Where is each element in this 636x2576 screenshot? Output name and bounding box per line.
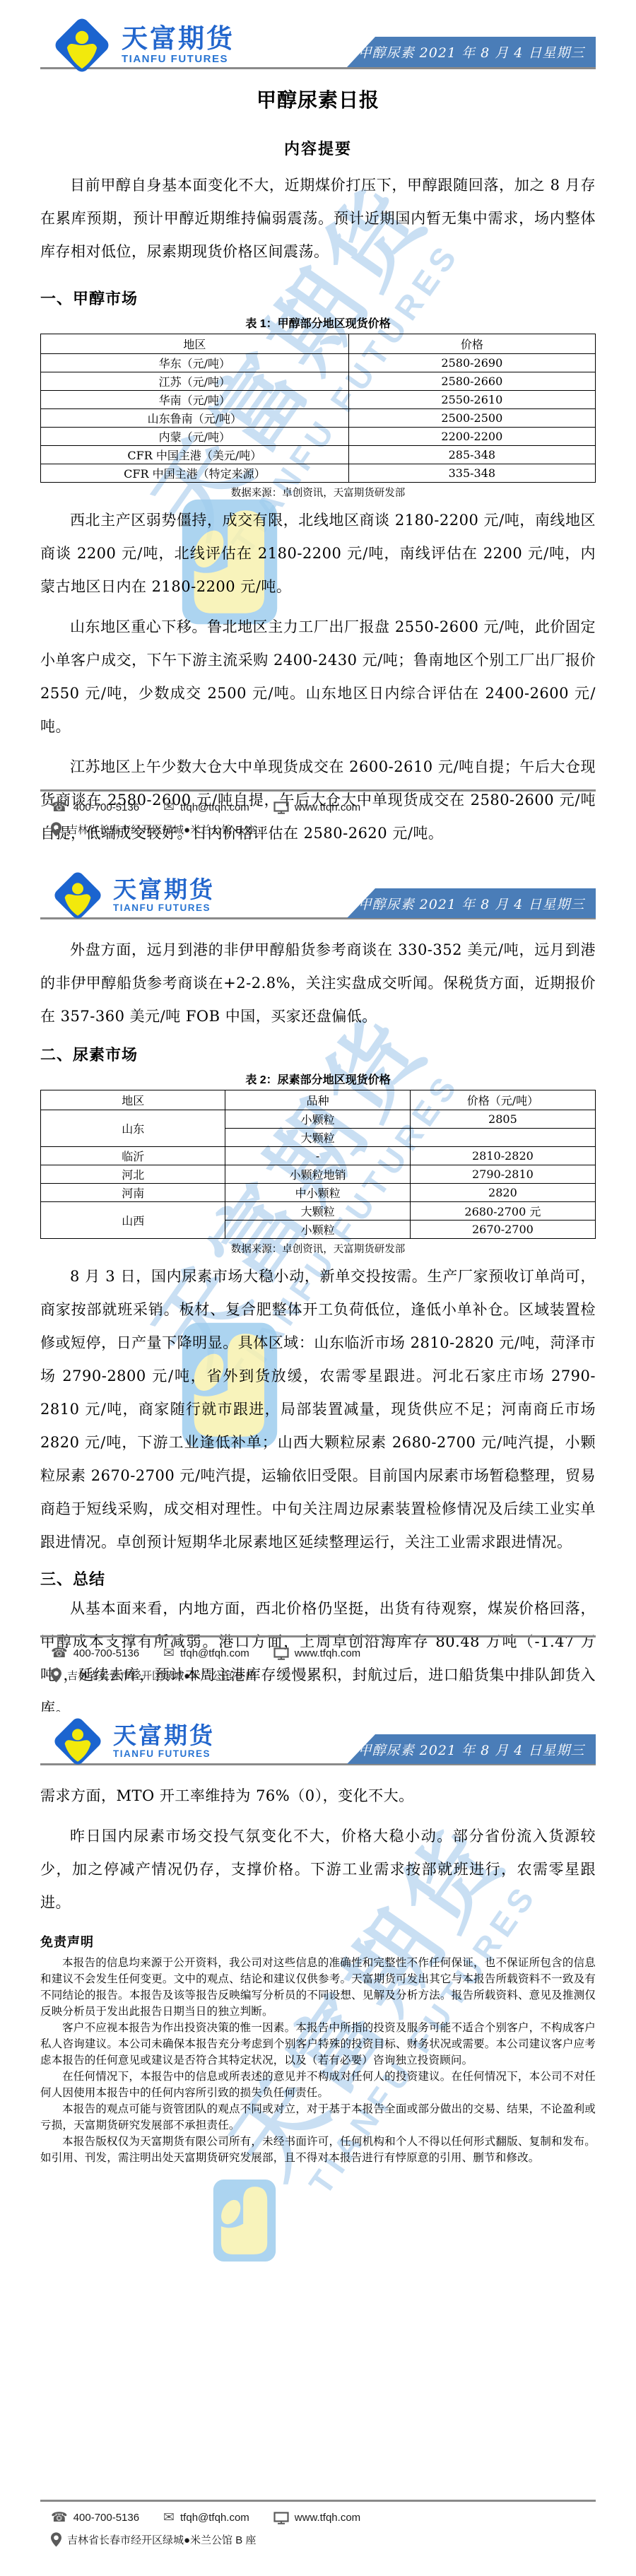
monitor-icon <box>273 2512 289 2524</box>
variety-cell: 小颗粒 <box>225 1110 410 1129</box>
col-header-variety: 品种 <box>225 1090 410 1110</box>
page-footer: ☎ 400-700-5136 ✉ tfqh@tfqh.com www.tfqh.… <box>0 789 636 866</box>
location-pin-icon <box>51 822 61 837</box>
table-row: CFR 中国主港（美元/吨）285-348 <box>41 446 596 464</box>
contact-website-value: www.tfqh.com <box>295 2512 360 2524</box>
methanol-paragraph-2: 山东地区重心下移。鲁北地区主力工厂出厂报盘 2550-2600 元/吨，此价固定… <box>40 611 596 743</box>
report-page-2: 天富期货 TIANFU FUTURES 天富期货 TIANFU FUTURES … <box>0 866 636 1712</box>
disclaimer-paragraph-3: 在任何情况下，本报告中的信息或所表述的意见并不构成对任何人的投资建议。在任何情况… <box>40 2069 596 2101</box>
contact-email-value: tfqh@tfqh.com <box>180 1647 249 1659</box>
section-2-heading: 二、尿素市场 <box>40 1043 596 1065</box>
region-cell: 山东 <box>41 1110 225 1147</box>
contact-website: www.tfqh.com <box>273 1647 360 1660</box>
date-banner-label: 甲醇尿素 2021 年 8 月 4 日星期三 <box>358 42 585 61</box>
variety-cell: 大颗粒 <box>225 1129 410 1147</box>
logo-names: 天富期货 TIANFU FUTURES <box>113 1724 215 1759</box>
date-banner: 甲醇尿素 2021 年 8 月 4 日星期三 <box>347 1734 596 1764</box>
summary-heading: 内容提要 <box>40 137 596 159</box>
watermark-logo-icon <box>212 2175 277 2266</box>
urea-paragraph-1: 8 月 3 日，国内尿素市场大稳小动，新单交投按需。生产厂家预收订单尚可，商家按… <box>40 1260 596 1559</box>
table-2-caption: 表 2：尿素部分地区现货价格 <box>40 1071 596 1087</box>
variety-cell: - <box>225 1147 410 1165</box>
page-footer: ☎ 400-700-5136 ✉ tfqh@tfqh.com www.tfqh.… <box>0 2500 636 2576</box>
variety-cell: 小颗粒地销 <box>225 1165 410 1184</box>
contact-website-value: www.tfqh.com <box>295 801 360 813</box>
contact-address-value: 吉林省长春市经开区绿城●米兰公馆 B 座 <box>67 822 256 837</box>
region-cell: CFR 中国主港（美元/吨） <box>41 446 349 464</box>
contact-website: www.tfqh.com <box>273 801 360 814</box>
section-3-heading: 三、总结 <box>40 1568 596 1589</box>
contact-email: ✉ tfqh@tfqh.com <box>163 1647 249 1660</box>
date-banner: 甲醇尿素 2021 年 8 月 4 日星期三 <box>347 37 596 67</box>
region-cell: 河北 <box>41 1165 225 1184</box>
location-pin-icon <box>51 1668 61 1683</box>
region-cell: 河南 <box>41 1184 225 1202</box>
price-cell: 2550-2610 <box>348 391 595 409</box>
contact-email: ✉ tfqh@tfqh.com <box>163 801 249 814</box>
price-cell: 2805 <box>410 1110 595 1129</box>
region-cell: 山东鲁南（元/吨） <box>41 409 349 428</box>
footer-divider <box>40 1635 596 1637</box>
contact-phone: ☎ 400-700-5136 <box>51 2511 139 2524</box>
price-cell: 2500-2500 <box>348 409 595 428</box>
disclaimer-paragraph-4: 本报告的观点可能与资管团队的观点不同或对立，对于基于本报告全面或部分做出的交易、… <box>40 2101 596 2134</box>
logo-name-en: TIANFU FUTURES <box>122 53 235 65</box>
page-header: 天富期货 TIANFU FUTURES 甲醇尿素 2021 年 8 月 4 日星… <box>0 1712 636 1767</box>
variety-cell: 中小颗粒 <box>225 1184 410 1202</box>
methanol-price-table: 地区 价格 华东（元/吨）2580-2690 江苏（元/吨）2580-2660 … <box>40 334 596 483</box>
logo-name-en: TIANFU FUTURES <box>113 1748 215 1759</box>
col-header-price: 价格（元/吨） <box>410 1090 595 1110</box>
phone-icon: ☎ <box>51 2511 68 2524</box>
report-page-1: 天富期货 TIANFU FUTURES 天富期货 TIANFU FUTURES … <box>0 0 636 866</box>
col-header-price: 价格 <box>348 334 595 354</box>
tianfu-diamond-logo-icon <box>49 867 106 924</box>
col-header-region: 地区 <box>41 1090 225 1110</box>
contact-phone-value: 400-700-5136 <box>73 2512 139 2524</box>
contact-address: 吉林省长春市经开区绿城●米兰公馆 B 座 <box>51 822 256 837</box>
contact-address-value: 吉林省长春市经开区绿城●米兰公馆 B 座 <box>67 2532 256 2547</box>
monitor-icon <box>273 801 289 814</box>
contact-phone-value: 400-700-5136 <box>73 801 139 813</box>
table-header-row: 地区 价格 <box>41 334 596 354</box>
region-cell: 临沂 <box>41 1147 225 1165</box>
logo-names: 天富期货 TIANFU FUTURES <box>122 25 235 65</box>
table-row: 河北 小颗粒地销 2790-2810 <box>41 1165 596 1184</box>
table-2-source: 数据来源：卓创资讯，天富期货研发部 <box>40 1241 596 1256</box>
report-title: 甲醇尿素日报 <box>40 85 596 113</box>
table-1-source: 数据来源：卓创资讯，天富期货研发部 <box>40 485 596 500</box>
disclaimer-heading: 免责声明 <box>40 1932 596 1951</box>
conclusion-paragraph-2: 需求方面，MTO 开工率维持为 76%（0），变化不大。 <box>40 1780 596 1813</box>
table-row: 华南（元/吨）2550-2610 <box>41 391 596 409</box>
logo-names: 天富期货 TIANFU FUTURES <box>113 878 215 913</box>
contact-email: ✉ tfqh@tfqh.com <box>163 2511 249 2524</box>
contact-phone: ☎ 400-700-5136 <box>51 801 139 814</box>
envelope-icon: ✉ <box>163 801 175 814</box>
contact-website-value: www.tfqh.com <box>295 1647 360 1659</box>
table-row: 河南 中小颗粒 2820 <box>41 1184 596 1202</box>
envelope-icon: ✉ <box>163 1647 175 1660</box>
region-cell: 江苏（元/吨） <box>41 372 349 391</box>
table-row: 江苏（元/吨）2580-2660 <box>41 372 596 391</box>
phone-icon: ☎ <box>51 801 68 814</box>
footer-divider <box>40 2500 596 2502</box>
contact-phone: ☎ 400-700-5136 <box>51 1647 139 1660</box>
company-logo: 天富期货 TIANFU FUTURES <box>49 867 215 924</box>
price-cell: 2580-2690 <box>348 354 595 372</box>
price-cell <box>410 1129 595 1147</box>
price-cell: 2200-2200 <box>348 428 595 446</box>
disclaimer-paragraph-2: 客户不应视本报告为作出投资决策的惟一因素。本报告中所指的投资及服务可能不适合个别… <box>40 2020 596 2069</box>
methanol-paragraph-4: 外盘方面，远月到港的非伊甲醇船货参考商谈在 330-352 美元/吨，远月到港的… <box>40 934 596 1033</box>
page-header: 天富期货 TIANFU FUTURES 甲醇尿素 2021 年 8 月 4 日星… <box>0 0 636 69</box>
table-row: 山西 大颗粒 2680-2700 元 <box>41 1202 596 1221</box>
contact-address: 吉林省长春市经开区绿城●米兰公馆 B 座 <box>51 1668 256 1683</box>
date-banner-label: 甲醇尿素 2021 年 8 月 4 日星期三 <box>358 1740 585 1759</box>
section-1-heading: 一、甲醇市场 <box>40 287 596 309</box>
contact-email-value: tfqh@tfqh.com <box>180 2512 249 2524</box>
disclaimer-paragraph-1: 本报告的信息均来源于公开资料，我公司对这些信息的准确性和完整性不作任何保证，也不… <box>40 1955 596 2020</box>
tianfu-diamond-logo-icon <box>49 1713 106 1770</box>
page-header: 天富期货 TIANFU FUTURES 甲醇尿素 2021 年 8 月 4 日星… <box>0 866 636 921</box>
tianfu-diamond-logo-icon <box>49 13 114 78</box>
envelope-icon: ✉ <box>163 2511 175 2524</box>
table-1-caption: 表 1：甲醇部分地区现货价格 <box>40 314 596 331</box>
price-cell: 2580-2660 <box>348 372 595 391</box>
table-row: 临沂 - 2810-2820 <box>41 1147 596 1165</box>
region-cell: 华南（元/吨） <box>41 391 349 409</box>
region-cell: CFR 中国主港（特定来源） <box>41 464 349 483</box>
price-cell: 285-348 <box>348 446 595 464</box>
contact-address: 吉林省长春市经开区绿城●米兰公馆 B 座 <box>51 2532 256 2547</box>
table-row: 内蒙（元/吨）2200-2200 <box>41 428 596 446</box>
table-row: CFR 中国主港（特定来源）335-348 <box>41 464 596 483</box>
price-cell: 2790-2810 <box>410 1165 595 1184</box>
location-pin-icon <box>51 2532 61 2547</box>
table-row: 山东 小颗粒 2805 <box>41 1110 596 1129</box>
footer-divider <box>40 789 596 792</box>
price-cell: 2670-2700 <box>410 1221 595 1239</box>
methanol-paragraph-1: 西北主产区弱势僵持，成交有限，北线地区商谈 2180-2200 元/吨，南线地区… <box>40 504 596 604</box>
urea-price-table: 地区 品种 价格（元/吨） 山东 小颗粒 2805 大颗粒 临沂 - 2810-… <box>40 1090 596 1239</box>
contact-address-value: 吉林省长春市经开区绿城●米兰公馆 B 座 <box>67 1668 256 1683</box>
phone-icon: ☎ <box>51 1647 68 1660</box>
contact-website: www.tfqh.com <box>273 2512 360 2524</box>
date-banner: 甲醇尿素 2021 年 8 月 4 日星期三 <box>347 888 596 918</box>
variety-cell: 大颗粒 <box>225 1202 410 1221</box>
logo-name-cn: 天富期货 <box>113 1724 215 1748</box>
logo-name-en: TIANFU FUTURES <box>113 902 215 913</box>
price-cell: 335-348 <box>348 464 595 483</box>
contact-phone-value: 400-700-5136 <box>73 1647 139 1659</box>
summary-paragraph: 目前甲醇自身基本面变化不大，近期煤价打压下，甲醇跟随回落，加之 8 月存在累库预… <box>40 169 596 269</box>
table-header-row: 地区 品种 价格（元/吨） <box>41 1090 596 1110</box>
company-logo: 天富期货 TIANFU FUTURES <box>49 1713 215 1770</box>
region-cell: 山西 <box>41 1202 225 1239</box>
date-banner-label: 甲醇尿素 2021 年 8 月 4 日星期三 <box>358 894 585 913</box>
region-cell: 内蒙（元/吨） <box>41 428 349 446</box>
price-cell: 2680-2700 元 <box>410 1202 595 1221</box>
report-page-3: 天富期货 TIANFU FUTURES 天富期货 TIANFU FUTURES … <box>0 1712 636 2576</box>
disclaimer-paragraph-5: 本报告版权仅为天富期货有限公司所有，未经书面许可，任何机构和个人不得以任何形式翻… <box>40 2134 596 2166</box>
price-cell: 2820 <box>410 1184 595 1202</box>
table-row: 山东鲁南（元/吨）2500-2500 <box>41 409 596 428</box>
contact-email-value: tfqh@tfqh.com <box>180 801 249 813</box>
monitor-icon <box>273 1647 289 1660</box>
col-header-region: 地区 <box>41 334 349 354</box>
page-footer: ☎ 400-700-5136 ✉ tfqh@tfqh.com www.tfqh.… <box>0 1635 636 1712</box>
region-cell: 华东（元/吨） <box>41 354 349 372</box>
conclusion-paragraph-3: 昨日国内尿素市场交投气氛变化不大，价格大稳小动。部分省份流入货源较少，加之停减产… <box>40 1820 596 1919</box>
logo-name-cn: 天富期货 <box>122 25 235 53</box>
price-cell: 2810-2820 <box>410 1147 595 1165</box>
variety-cell: 小颗粒 <box>225 1221 410 1239</box>
table-row: 华东（元/吨）2580-2690 <box>41 354 596 372</box>
logo-name-cn: 天富期货 <box>113 878 215 902</box>
company-logo: 天富期货 TIANFU FUTURES <box>49 13 235 78</box>
